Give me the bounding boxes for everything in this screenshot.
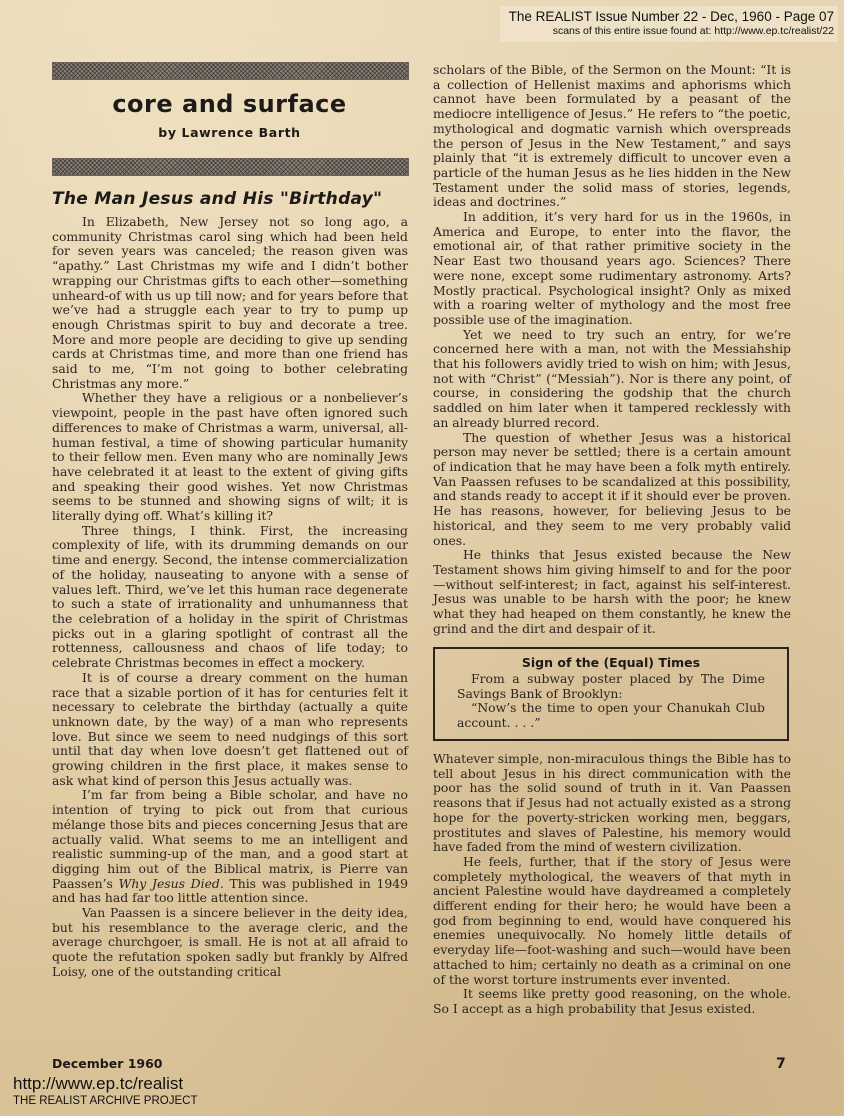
paragraph: Whether they have a religious or a nonbe… — [52, 391, 408, 523]
folio-date: December 1960 — [52, 1056, 163, 1071]
right-column-top: scholars of the Bible, of the Sermon on … — [433, 63, 791, 636]
archive-url-link[interactable]: http://www.ep.tc/realist — [13, 1074, 183, 1094]
archive-issue-info: The REALIST Issue Number 22 - Dec, 1960 … — [500, 6, 834, 25]
paragraph: It is of course a dreary comment on the … — [52, 671, 408, 789]
halftone-rule-top — [52, 62, 409, 80]
left-column: In Elizabeth, New Jersey not so long ago… — [52, 215, 408, 980]
paragraph: Yet we need to try such an entry, for we… — [433, 328, 791, 431]
archive-scan-link[interactable]: scans of this entire issue found at: htt… — [500, 25, 834, 38]
paragraph: In Elizabeth, New Jersey not so long ago… — [52, 215, 408, 391]
paragraph: In addition, it’s very hard for us in th… — [433, 210, 791, 328]
paragraph-continuation: Whatever simple, non-miraculous things t… — [433, 752, 791, 855]
page-number: 7 — [776, 1056, 786, 1072]
paragraph: He feels, further, that if the story of … — [433, 855, 791, 987]
paragraph: I’m far from being a Bible scholar, and … — [52, 788, 408, 906]
paragraph: Three things, I think. First, the increa… — [52, 524, 408, 671]
sidebar-box-title: Sign of the (Equal) Times — [457, 655, 765, 670]
column-title: core and surface — [52, 90, 407, 118]
sidebar-box-quote: “Now’s the time to open your Chanukah Cl… — [457, 701, 765, 730]
article-title: The Man Jesus and His "Birthday" — [52, 189, 382, 209]
paragraph-continuation: scholars of the Bible, of the Sermon on … — [433, 63, 791, 210]
archive-project-label: THE REALIST ARCHIVE PROJECT — [13, 1095, 197, 1107]
right-column-bottom: Whatever simple, non-miraculous things t… — [433, 752, 791, 1017]
byline: by Lawrence Barth — [52, 125, 407, 140]
paragraph: It seems like pretty good reasoning, on … — [433, 987, 791, 1016]
halftone-rule-bottom — [52, 158, 409, 176]
paragraph: The question of whether Jesus was a hist… — [433, 431, 791, 549]
sidebar-box-text: From a subway poster placed by The Dime … — [457, 672, 765, 701]
paragraph: He thinks that Jesus existed because the… — [433, 548, 791, 636]
sidebar-box: Sign of the (Equal) Times From a subway … — [433, 647, 789, 741]
paragraph: Van Paassen is a sincere believer in the… — [52, 906, 408, 980]
book-title: Why Jesus Died — [119, 876, 220, 891]
archive-header: The REALIST Issue Number 22 - Dec, 1960 … — [500, 6, 838, 42]
